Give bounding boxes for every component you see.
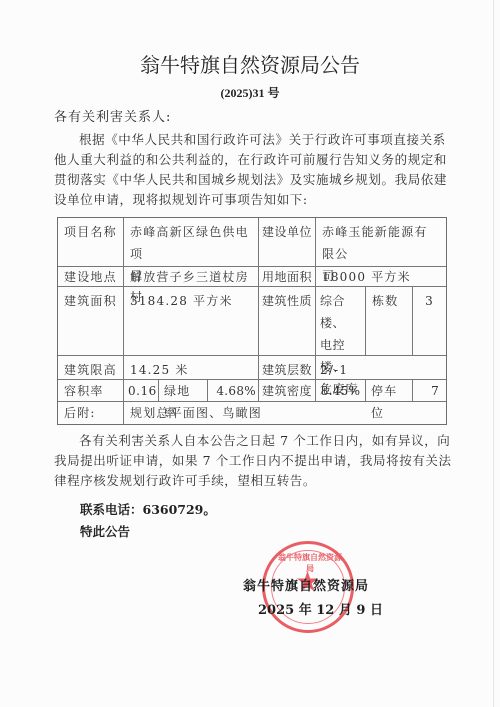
cell-density-label: 建筑密度: [259, 380, 316, 402]
label-text: 项目名称: [64, 225, 117, 239]
cell-height-limit: 14.25 米: [124, 356, 259, 380]
cell-project-name-label: 项目名称: [58, 218, 124, 267]
cell-builder-label: 建设单位: [259, 218, 316, 267]
cell-far: 0.16: [124, 380, 159, 402]
issue-date: 2025 年 12 月 9 日: [258, 599, 383, 618]
cell-parking-label: 停车位: [366, 380, 413, 402]
cell-land-area: 18000 平方米: [316, 267, 446, 287]
value-text: 规划总平面图、鸟瞰图: [130, 406, 262, 420]
cell-location-label: 建设地点: [58, 267, 124, 287]
cell-building-type-label: 建筑性质: [259, 287, 316, 356]
value-text: 0.16: [128, 384, 157, 398]
cell-building-type: 综合楼、 电控楼、 危废库: [316, 287, 366, 356]
scan-edge-line: [493, 0, 494, 707]
cell-builder: 赤峰玉能新能源有限公 司: [316, 218, 446, 267]
value-text: 综合楼、: [320, 290, 361, 334]
label-text: 建设地点: [64, 270, 117, 284]
label-text: 建筑密度: [262, 384, 312, 398]
value-text: 14.25 米: [130, 363, 189, 377]
label-text: 容积率: [64, 384, 104, 398]
salutation: 各有关利害关系人:: [54, 106, 171, 125]
notice-paragraph: 各有关利害关系人自本公告之日起 7 个工作日内，如有异议，向 我局提出听证申请，…: [54, 431, 449, 491]
contact-phone: 联系电话：6360729。: [80, 500, 216, 518]
intro-line: 根据《中华人民共和国行政许可法》关于行政许可事项直接关系: [54, 130, 449, 150]
value-text: 4.68%: [216, 384, 256, 398]
cell-far-label: 容积率: [58, 380, 124, 402]
value-text: 2/-1: [320, 363, 348, 377]
value-text: 8.45%: [321, 384, 361, 398]
cell-floors: 2/-1: [316, 356, 446, 380]
issuing-authority: 翁牛特旗自然资源局: [243, 575, 369, 594]
intro-line: 他人重大利益的和公共利益的，在行政许可前履行告知义务的规定和: [54, 150, 449, 170]
cell-green-ratio: 4.68%: [208, 380, 259, 402]
cell-floor-area-label: 建筑面积: [58, 287, 124, 356]
permit-info-table: 项目名称 赤峰高新区绿色供电项 目 建设单位 赤峰玉能新能源有限公 司 建设地点…: [57, 217, 447, 425]
value-text: 3184.28 平方米: [130, 294, 233, 308]
label-text: 建筑性质: [262, 294, 312, 308]
cell-project-name: 赤峰高新区绿色供电项 目: [124, 218, 259, 267]
label-text: 建筑面积: [64, 294, 117, 308]
intro-line: 设单位申请，现将拟规划许可事项告知如下:: [54, 190, 449, 210]
cell-building-count: 3: [413, 287, 446, 356]
label-text: 栋数: [372, 294, 398, 308]
notice-line: 律程序核发规划行政许可手续，望相互转告。: [54, 471, 449, 491]
cell-green-ratio-label: 绿地率: [159, 380, 208, 402]
cell-attachments-label: 后附:: [58, 402, 124, 424]
value-text: 3: [425, 294, 434, 308]
notice-line: 各有关利害关系人自本公告之日起 7 个工作日内，如有异议，向: [54, 431, 449, 451]
cell-land-area-label: 用地面积: [259, 267, 316, 287]
document-number: (2025)31 号: [0, 84, 500, 101]
intro-paragraph: 根据《中华人民共和国行政许可法》关于行政许可事项直接关系 他人重大利益的和公共利…: [54, 130, 449, 210]
label-text: 后附:: [64, 406, 96, 420]
cell-attachments: 规划总平面图、鸟瞰图: [124, 402, 446, 424]
label-text: 建设单位: [262, 225, 312, 239]
cell-floors-label: 建筑层数: [259, 356, 316, 380]
value-text: 赤峰玉能新能源有限公: [322, 221, 440, 265]
intro-line: 贯彻落实《中华人民共和国城乡规划法》及实施城乡规划。我局依建: [54, 170, 449, 190]
closing-remark: 特此公告: [80, 522, 130, 540]
cell-location: 解放营子乡三道杖房村: [124, 267, 259, 287]
cell-height-limit-label: 建筑限高: [58, 356, 124, 380]
cell-density: 8.45%: [316, 380, 366, 402]
label-text: 建筑限高: [64, 363, 117, 377]
document-title: 翁牛特旗自然资源局公告: [0, 52, 500, 78]
value-text: 18000 平方米: [322, 270, 411, 284]
value-text: 赤峰高新区绿色供电项: [130, 221, 252, 265]
value-text: 7: [431, 384, 440, 398]
cell-floor-area: 3184.28 平方米: [124, 287, 259, 356]
document-page: 翁牛特旗自然资源局公告 (2025)31 号 各有关利害关系人: 根据《中华人民…: [0, 0, 500, 707]
label-text: 用地面积: [262, 270, 312, 284]
cell-parking: 7: [413, 380, 446, 402]
notice-line: 我局提出听证申请，如果 7 个工作日内不提出申请，我局将按有关法: [54, 451, 449, 471]
label-text: 建筑层数: [262, 363, 312, 377]
cell-building-count-label: 栋数: [366, 287, 413, 356]
